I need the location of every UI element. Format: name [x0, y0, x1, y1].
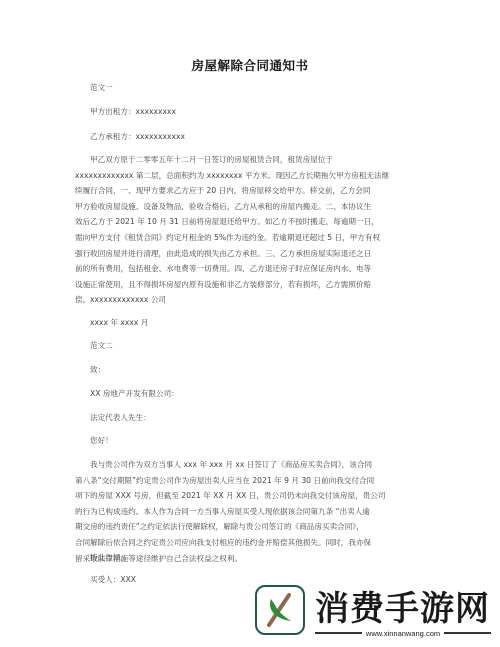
body-row: 项下的房屋 XXX 号房，但截至 2021 年 XX 月 XX 日，贵公司仍未向…: [75, 488, 435, 504]
site-name: 消费手游网: [315, 581, 490, 630]
party-a-line: 甲方出租方：xxxxxxxxx: [90, 106, 176, 117]
sample1-body-paragraph: 甲乙双方原于二零零五年十二月一日签订的房屋租赁合同，租赁房屋位于 xxxxxxx…: [75, 152, 435, 308]
sample1-heading: 范文一: [90, 82, 113, 93]
body-row: 合同解除后依合同之约定贵公司应向我支付相应的违约金并赔偿其他损失。同时，我亦保: [75, 535, 435, 551]
body-row: 期交房的违约责任”之约定依法行使解除权，解除与贵公司签订的《商品房买卖合同》，: [75, 519, 435, 535]
body-row: 强行收回房屋并进行清理，由此造成的损失由乙方承担。三、乙方承担房屋实际退还之日: [75, 246, 435, 262]
body-row: 设施正常使用，且不得损坏房屋内原有设施和非乙方装修部分，若有损坏，乙方需照价赔: [75, 277, 435, 293]
divider: [444, 632, 491, 634]
body-row: 效后乙方于 2021 年 10 月 31 日前将房屋退还给甲方。如乙方不按时搬走…: [75, 214, 435, 230]
buyer-line: 买受人：XXX: [90, 574, 136, 585]
site-url: www.xinnanwang.com: [362, 629, 444, 638]
divider: [315, 632, 362, 634]
party-b-line: 乙方承租方：xxxxxxxxxxx: [90, 131, 185, 142]
body-row: 的行为已构成违约。本人作为合同一方当事人房屋买受人现依据该合同第九条 “出卖人逾: [75, 504, 435, 520]
site-watermark: 消费手游网 www.xinnanwang.com: [255, 583, 495, 643]
body-row: 前的所有费用，包括租金、水电费等一切费用。四、乙方退还房子时应保证房内水、电等: [75, 261, 435, 277]
to-line: 致：: [90, 364, 105, 375]
leaf-stick-logo-icon: [255, 585, 305, 635]
signature-date: xxxx 年 xxxx 月: [90, 317, 148, 328]
body-row: 需向甲方支付《租赁合同》约定月租金的 5%作为违约金。若逾期退还超过 5 日，甲…: [75, 230, 435, 246]
body-row: 我与贵公司作为双方当事人 xxx 年 xxx 月 xx 日签订了《商品房买卖合同…: [75, 457, 435, 473]
document-page: 房屋解除合同通知书 范文一 甲方出租方：xxxxxxxxx 乙方承租方：xxxx…: [0, 0, 500, 647]
signature-company: xxxxxxxxxxxxx 公司: [90, 294, 166, 305]
sample2-heading: 范文二: [90, 340, 113, 351]
body-row: 甲方验收房屋设施、设备及物品，验收合格后，乙方从承租的房屋内搬走。二、本协议生: [75, 199, 435, 215]
site-url-row: www.xinnanwang.com: [315, 627, 491, 639]
closing-line: 特此告知。: [90, 552, 128, 563]
greeting-line: 您好！: [90, 435, 113, 446]
sample2-body-paragraph: 我与贵公司作为双方当事人 xxx 年 xxx 月 xx 日签订了《商品房买卖合同…: [75, 457, 435, 566]
body-row: 留采取法律措施等途径维护自己合法权益之权利。: [75, 551, 435, 567]
body-row: xxxxxxxxxxxxx 第二层，总面积约为 xxxxxxxx 平方米。现因乙…: [75, 168, 435, 184]
body-row: 续履行合同，一、现甲方要求乙方应于 20 日内，将房屋移交给甲方。移交前，乙方会…: [75, 183, 435, 199]
body-row: 第八条“交付期限”约定贵公司作为房屋出卖人应当在 2021 年 9 月 30 日…: [75, 473, 435, 489]
recipient-line: XX 房地产开发有限公司：: [90, 388, 179, 399]
representative-line: 法定代表人先生：: [90, 412, 151, 423]
document-title: 房屋解除合同通知书: [0, 56, 500, 74]
body-row: 甲乙双方原于二零零五年十二月一日签订的房屋租赁合同，租赁房屋位于: [75, 152, 435, 168]
